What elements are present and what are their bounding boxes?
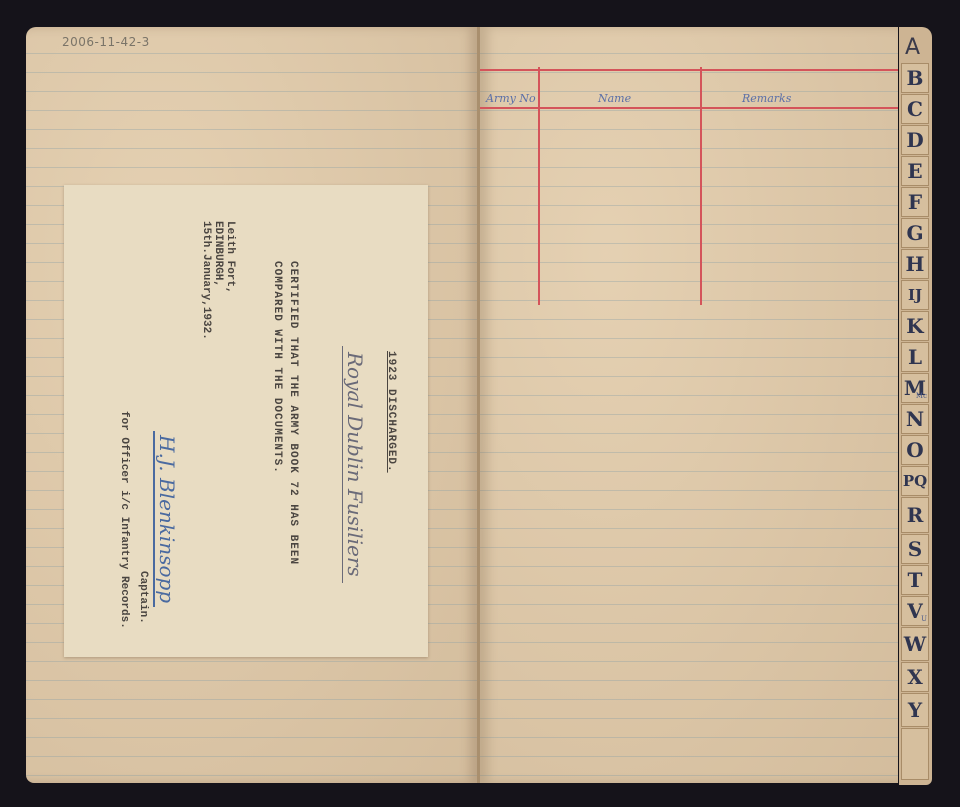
- tab-letter: L: [908, 345, 922, 369]
- index-tab-c[interactable]: C: [901, 94, 929, 124]
- catalog-number: 2006-11-42-3: [62, 35, 150, 49]
- address-line: 15th.January,1932.: [200, 221, 212, 340]
- index-tab-w[interactable]: W: [901, 627, 929, 661]
- tab-letter: X: [907, 665, 923, 689]
- tab-subscript: Mc: [916, 392, 927, 400]
- column-header-remarks: Remarks: [742, 92, 791, 105]
- tab-letter: F: [908, 190, 922, 214]
- index-tab-z[interactable]: [901, 728, 929, 780]
- column-header-name: Name: [598, 92, 631, 105]
- tab-letter: W: [904, 632, 926, 656]
- index-tab-e[interactable]: E: [901, 156, 929, 186]
- tab-letter: G: [906, 221, 923, 245]
- index-tab-v[interactable]: VU: [901, 596, 929, 626]
- address-line: EDINBURGH,: [212, 221, 224, 340]
- tab-letter: T: [908, 568, 923, 592]
- index-tab-r[interactable]: R: [901, 497, 929, 533]
- tab-letter: C: [907, 97, 923, 121]
- card-unit-handwritten: Royal Dublin Fusiliers: [342, 346, 367, 583]
- index-tab-l[interactable]: L: [901, 342, 929, 372]
- index-tab-f[interactable]: F: [901, 187, 929, 217]
- ruling-column-divider: [700, 67, 702, 305]
- right-page: Army No Name Remarks: [480, 27, 898, 783]
- address-line: Leith Fort,: [224, 221, 236, 340]
- index-tab-x[interactable]: X: [901, 662, 929, 692]
- index-tab-n[interactable]: N: [901, 404, 929, 434]
- tab-letter: R: [907, 503, 924, 527]
- tab-letter: K: [906, 314, 923, 338]
- tab-letter: O: [906, 438, 923, 462]
- index-tab-pq[interactable]: PQ: [901, 466, 929, 496]
- card-rank: Captain.: [137, 571, 149, 624]
- card-content-rotated: 1923 DISCHARGED. Royal Dublin Fusiliers …: [81, 201, 411, 641]
- card-address: Leith Fort, EDINBURGH, 15th.January,1932…: [200, 221, 236, 340]
- index-tab-m[interactable]: MMc: [901, 373, 929, 403]
- discharge-certificate-card: 1923 DISCHARGED. Royal Dublin Fusiliers …: [64, 185, 428, 657]
- tab-letter: IJ: [908, 286, 922, 304]
- ruling-header-line: [480, 107, 898, 109]
- column-header-army-no: Army No: [486, 92, 536, 105]
- tab-letter: E: [907, 159, 922, 183]
- index-tab-o[interactable]: O: [901, 435, 929, 465]
- card-certification-text: CERTIFIED THAT THE ARMY BOOK 72 HAS BEEN…: [269, 261, 301, 621]
- open-ledger-book: 2006-11-42-3 1923 DISCHARGED. Royal Dubl…: [26, 27, 934, 785]
- tab-letter: B: [907, 66, 924, 90]
- ruling-top-line: [480, 69, 898, 71]
- index-tab-d[interactable]: D: [901, 125, 929, 155]
- tab-letter: S: [908, 537, 922, 561]
- index-tab-a[interactable]: A: [905, 35, 920, 60]
- alphabet-index-tabs: A B C D E F G H IJ K L MMc N O PQ R S T …: [899, 27, 932, 785]
- tab-letter: H: [906, 252, 925, 276]
- card-signature: H.J. Blenkinsopp: [153, 431, 179, 607]
- ruling-column-divider: [538, 67, 540, 305]
- index-tab-t[interactable]: T: [901, 565, 929, 595]
- index-tab-y[interactable]: Y: [901, 693, 929, 727]
- tab-letter: PQ: [903, 472, 927, 490]
- tab-subscript: U: [921, 615, 927, 623]
- tab-letter: N: [906, 407, 924, 431]
- index-tab-ij[interactable]: IJ: [901, 280, 929, 310]
- index-tab-b[interactable]: B: [901, 63, 929, 93]
- tab-letter: D: [906, 128, 923, 152]
- card-sign-block: for Officer i/c Infantry Records.: [117, 411, 131, 629]
- index-tab-s[interactable]: S: [901, 534, 929, 564]
- tab-letter: Y: [908, 698, 922, 722]
- card-heading: 1923 DISCHARGED.: [385, 351, 397, 473]
- index-tab-g[interactable]: G: [901, 218, 929, 248]
- index-tab-k[interactable]: K: [901, 311, 929, 341]
- index-tab-h[interactable]: H: [901, 249, 929, 279]
- left-page: 2006-11-42-3 1923 DISCHARGED. Royal Dubl…: [26, 27, 478, 783]
